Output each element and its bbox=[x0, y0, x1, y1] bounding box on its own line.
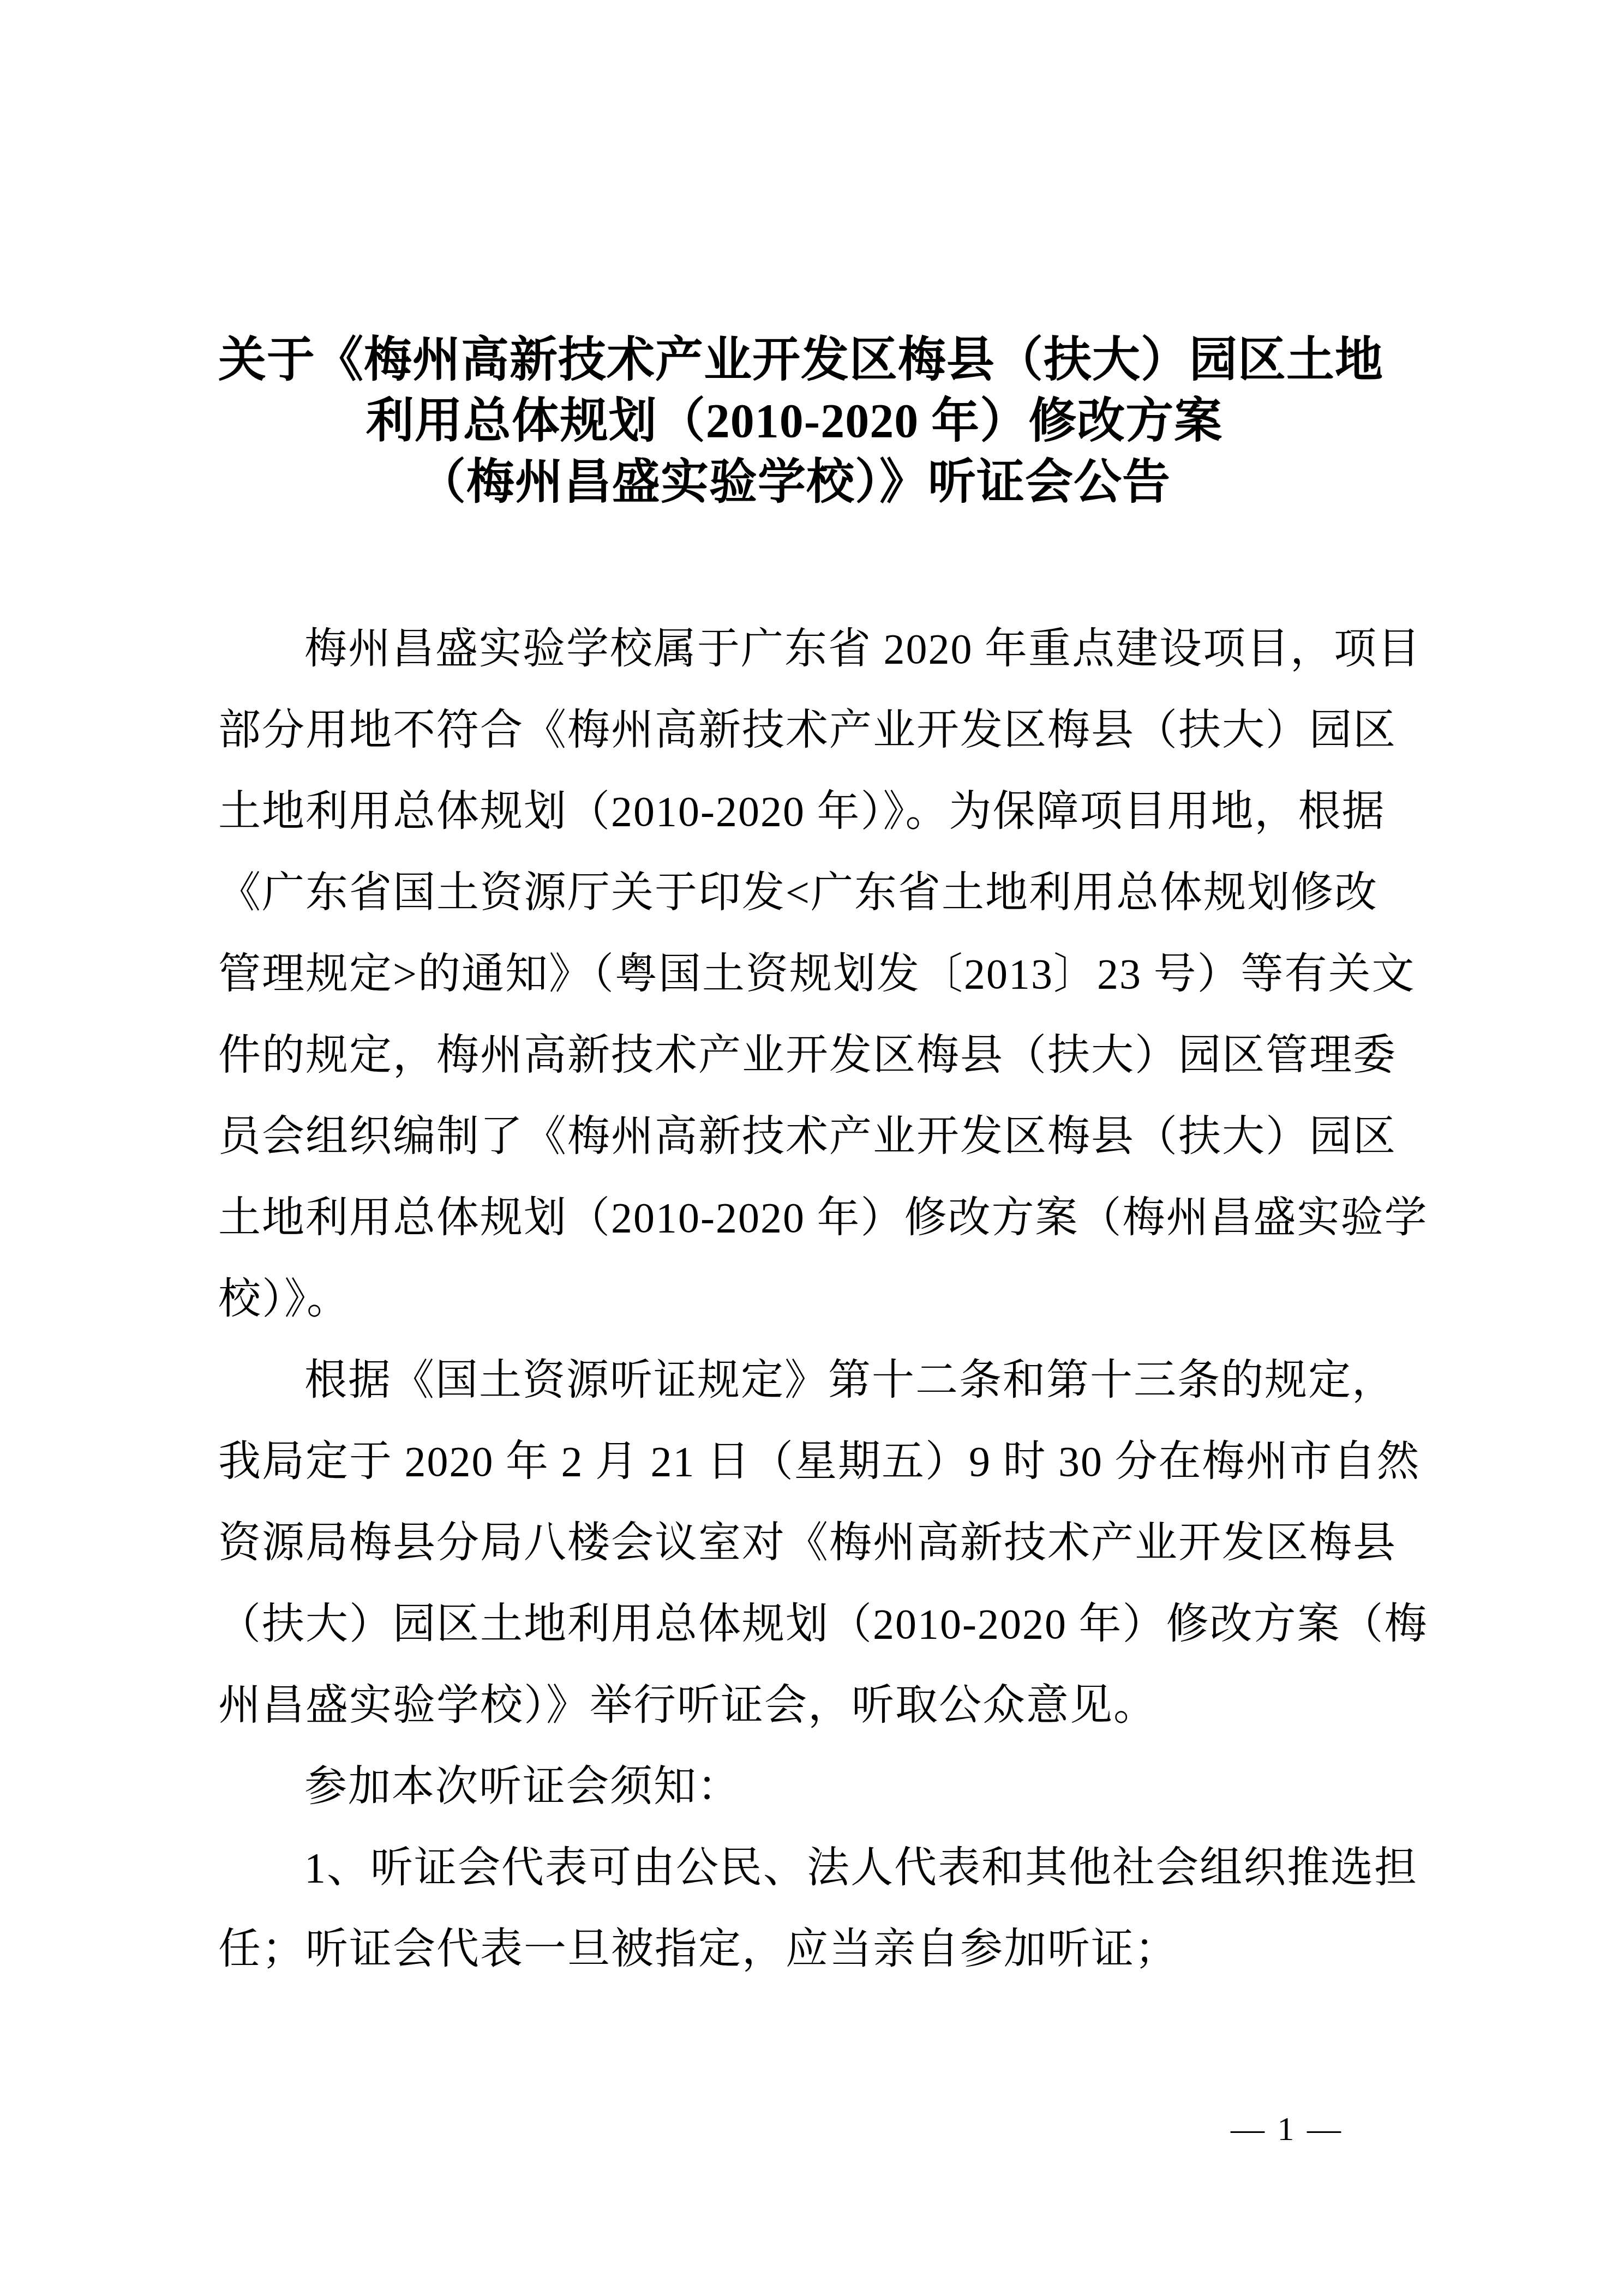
title-line: 利用总体规划（2010-2020 年）修改方案 bbox=[218, 391, 1370, 452]
document-title: 关于《梅州高新技术产业开发区梅县（扶大）园区土地 利用总体规划（2010-202… bbox=[218, 330, 1370, 513]
body-line: 员会组织编制了《梅州高新技术产业开发区梅县（扶大）园区 bbox=[218, 1096, 1370, 1177]
body-line: 任；听证会代表一旦被指定，应当亲自参加听证； bbox=[218, 1908, 1370, 1990]
body-line: 土地利用总体规划（2010-2020 年）修改方案（梅州昌盛实验学 bbox=[218, 1177, 1370, 1258]
body-line: 《广东省国土资源厅关于印发<广东省土地利用总体规划修改 bbox=[218, 852, 1370, 933]
body-line: 梅州昌盛实验学校属于广东省 2020 年重点建设项目，项目 bbox=[218, 608, 1370, 689]
body-line: 部分用地不符合《梅州高新技术产业开发区梅县（扶大）园区 bbox=[218, 689, 1370, 771]
body-line: （扶大）园区土地利用总体规划（2010-2020 年）修改方案（梅 bbox=[218, 1583, 1370, 1664]
page-number: — 1 — bbox=[1231, 2109, 1343, 2149]
body-line: 我局定于 2020 年 2 月 21 日（星期五）9 时 30 分在梅州市自然 bbox=[218, 1421, 1370, 1502]
title-line: （梅州昌盛实验学校）》听证会公告 bbox=[218, 452, 1370, 513]
body-line: 管理规定>的通知》（粤国土资规划发〔2013〕23 号）等有关文 bbox=[218, 933, 1370, 1014]
document-content: 关于《梅州高新技术产业开发区梅县（扶大）园区土地 利用总体规划（2010-202… bbox=[218, 330, 1370, 1990]
body-line: 校）》。 bbox=[218, 1258, 1370, 1339]
body-line: 州昌盛实验学校）》举行听证会，听取公众意见。 bbox=[218, 1664, 1370, 1746]
body-line: 1、听证会代表可由公民、法人代表和其他社会组织推选担 bbox=[218, 1827, 1370, 1908]
title-line: 关于《梅州高新技术产业开发区梅县（扶大）园区土地 bbox=[218, 330, 1370, 391]
body-line: 件的规定，梅州高新技术产业开发区梅县（扶大）园区管理委 bbox=[218, 1014, 1370, 1096]
document-body: 梅州昌盛实验学校属于广东省 2020 年重点建设项目，项目 部分用地不符合《梅州… bbox=[218, 608, 1370, 1990]
body-line: 参加本次听证会须知： bbox=[218, 1746, 1370, 1827]
body-line: 资源局梅县分局八楼会议室对《梅州高新技术产业开发区梅县 bbox=[218, 1502, 1370, 1583]
body-line: 根据《国土资源听证规定》第十二条和第十三条的规定， bbox=[218, 1339, 1370, 1421]
body-line: 土地利用总体规划（2010-2020 年）》。为保障项目用地，根据 bbox=[218, 771, 1370, 852]
document-page: 关于《梅州高新技术产业开发区梅县（扶大）园区土地 利用总体规划（2010-202… bbox=[0, 0, 1624, 2296]
